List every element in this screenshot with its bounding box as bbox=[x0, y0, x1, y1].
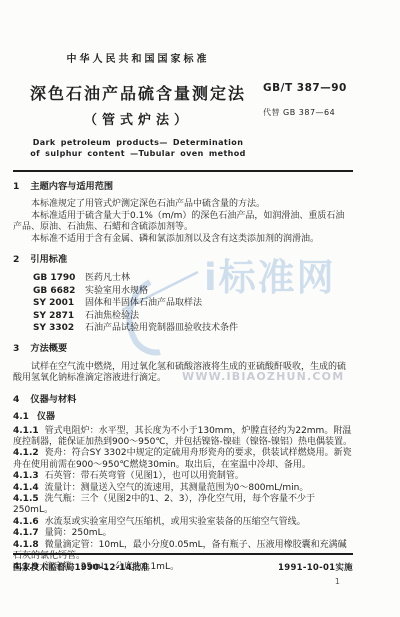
reference-row: SY 2871石油焦检验法 bbox=[33, 310, 353, 322]
section-4-heading: 4仪器与材料 bbox=[13, 394, 353, 405]
document-body: 1主题内容与适用范围 本标准规定了用管式炉测定深色石油产品中硫含量的方法。 本标… bbox=[13, 181, 353, 574]
title-english-line1: Dark petroleum products— Determination bbox=[13, 137, 263, 148]
reference-list: GB 1790医药凡士林 GB 6682实验室用水规格 SY 2001固体和半固… bbox=[13, 272, 353, 334]
document-page: i标准网 WWW.IBIAOZHUN.COM 中华人民共和国国家标准 深色石油产… bbox=[0, 0, 400, 617]
apparatus-item: 4.1.3石英管：带石英弯管（见图1），也可以用瓷制管。 bbox=[13, 471, 353, 482]
header: 中华人民共和国国家标准 深色石油产品硫含量测定法 （管式炉法） Dark pet… bbox=[13, 0, 353, 159]
scope-paragraph-2: 本标准适用于硫含量大于0.1%（m/m）的深色石油产品，如润滑油、重质石油产品、… bbox=[13, 211, 353, 234]
reference-row: SY 3302石油产品试验用瓷制器皿验收技术条件 bbox=[33, 322, 353, 334]
section-1-heading: 1主题内容与适用范围 bbox=[13, 181, 353, 192]
section-3-heading: 3方法概要 bbox=[13, 343, 353, 354]
page-number: 1 bbox=[335, 577, 340, 586]
implementation-note: 1991-10-01实施 bbox=[278, 561, 353, 573]
summary-paragraph: 试样在空气流中燃烧，用过氧化氢和硫酸溶液将生成的亚硫酸酐吸收，生成的硫酸用氢氧化… bbox=[13, 362, 353, 385]
apparatus-item: 4.1.6水流泵或实验室用空气压缩机，或用实验室装备的压缩空气管线。 bbox=[13, 517, 353, 528]
section-2-heading: 2引用标准 bbox=[13, 254, 353, 265]
standard-code: GB/T 387—90 bbox=[263, 82, 353, 94]
apparatus-item: 4.1.2瓷舟：符合SY 3302中规定的定硫用舟形瓷舟的要求，供装试样燃烧用。… bbox=[13, 448, 353, 471]
apparatus-item: 4.1.5洗气瓶：三个（见图2中的1、2、3），净化空气用，每个容量不少于250… bbox=[13, 494, 353, 517]
apparatus-item: 4.1.4流量计：测量送入空气的流速用，其测量范围为0～800mL/min。 bbox=[13, 483, 353, 494]
reference-row: SY 2001固体和半固体石油产品取样法 bbox=[33, 297, 353, 309]
apparatus-item: 4.1.1管式电阻炉：水平型，其长度为不小于130mm，炉膛直径约为22mm。附… bbox=[13, 426, 353, 449]
approval-note: 国家技术监督局1990-12-14批准 bbox=[13, 561, 150, 573]
title-english: Dark petroleum products— Determination o… bbox=[13, 137, 263, 159]
header-divider bbox=[13, 170, 353, 172]
title-english-line2: of sulphur content —Tubular oven method bbox=[13, 148, 263, 159]
reference-row: GB 1790医药凡士林 bbox=[33, 272, 353, 284]
title-method: （管式炉法） bbox=[13, 109, 263, 128]
scope-paragraph-3: 本标准不适用于含有金属、磷和氯添加剂以及含有这类添加剂的润滑油。 bbox=[13, 234, 353, 245]
scope-paragraph-1: 本标准规定了用管式炉测定深色石油产品中硫含量的方法。 bbox=[13, 199, 353, 210]
footer: 国家技术监督局1990-12-14批准 1991-10-01实施 bbox=[13, 553, 353, 573]
national-standard-label: 中华人民共和国国家标准 bbox=[13, 50, 263, 65]
replaces-note: 代替 GB 387—64 bbox=[263, 107, 353, 118]
section-4-1-subheading: 4.1仪器 bbox=[13, 412, 353, 423]
reference-row: GB 6682实验室用水规格 bbox=[33, 285, 353, 297]
apparatus-item: 4.1.7量筒：250mL。 bbox=[13, 528, 353, 539]
title-chinese: 深色石油产品硫含量测定法 bbox=[13, 81, 263, 104]
